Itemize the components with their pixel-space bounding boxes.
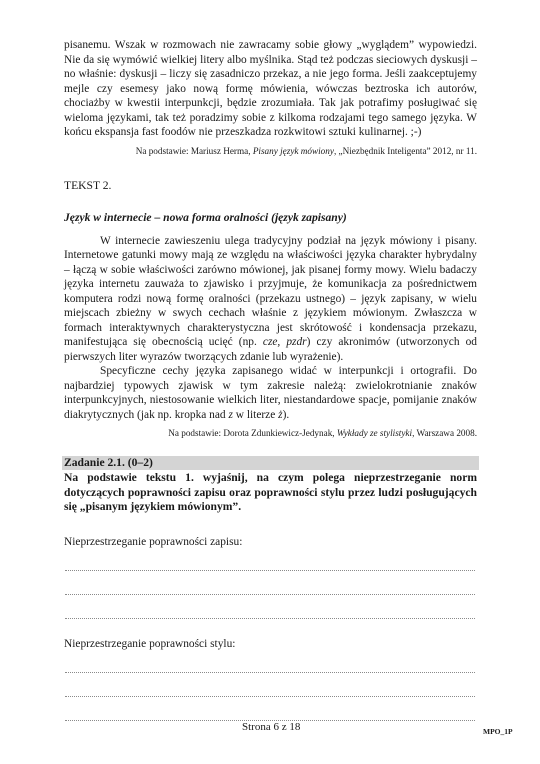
text-span: w literze bbox=[233, 409, 278, 421]
text2-paragraph-1: W internecie zawieszeniu ulega tradycyjn… bbox=[64, 234, 477, 365]
answer2-label: Nieprzestrzeganie poprawności stylu: bbox=[64, 637, 477, 651]
text2-paragraph-2: Specyficzne cechy języka zapisanego wida… bbox=[64, 364, 477, 422]
source-prefix: Na podstawie: Dorota Zdunkiewicz-Jedynak… bbox=[168, 428, 337, 438]
exam-page: pisanemu. Wszak w rozmowach nie zawracam… bbox=[64, 38, 477, 725]
source-suffix: , „Niezbędnik Inteligenta” 2012, nr 11. bbox=[334, 146, 477, 156]
text2-label: TEKST 2. bbox=[64, 179, 477, 193]
text1-source: Na podstawie: Mariusz Herma, Pisany języ… bbox=[64, 145, 477, 157]
exam-code: MPO_1P bbox=[483, 727, 513, 736]
text2-title: Język w internecie – nowa forma oralnośc… bbox=[64, 211, 477, 225]
page-number: Strona 6 z 18 bbox=[242, 721, 300, 733]
answer-line[interactable] bbox=[64, 677, 477, 701]
answer1-label: Nieprzestrzeganie poprawności zapisu: bbox=[64, 535, 477, 549]
source-title: Pisany język mówiony bbox=[253, 146, 334, 156]
text1-paragraph: pisanemu. Wszak w rozmowach nie zawracam… bbox=[64, 38, 477, 140]
examples: cze, pzdr bbox=[263, 336, 307, 348]
answer-line[interactable] bbox=[64, 575, 477, 599]
task-header: Zadanie 2.1. (0–2) bbox=[62, 456, 479, 470]
text-span: ). bbox=[283, 409, 290, 421]
answer-line[interactable] bbox=[64, 599, 477, 623]
text-span: W internecie zawieszeniu ulega tradycyjn… bbox=[64, 235, 477, 349]
answer1-area[interactable] bbox=[64, 551, 477, 623]
answer-line[interactable] bbox=[64, 653, 477, 677]
source-prefix: Na podstawie: Mariusz Herma, bbox=[136, 146, 253, 156]
source-suffix: , Warszawa 2008. bbox=[412, 428, 477, 438]
answer-line[interactable] bbox=[64, 551, 477, 575]
text2-source: Na podstawie: Dorota Zdunkiewicz-Jedynak… bbox=[64, 427, 477, 439]
task-instruction: Na podstawie tekstu 1. wyjaśnij, na czym… bbox=[64, 471, 477, 515]
source-title: Wykłady ze stylistyki bbox=[337, 428, 412, 438]
answer2-area[interactable] bbox=[64, 653, 477, 725]
